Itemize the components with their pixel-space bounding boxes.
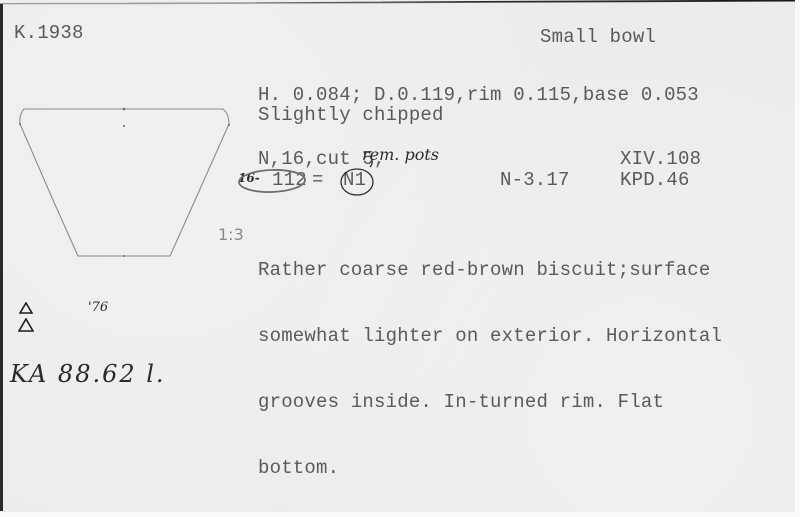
object-title: Small bowl — [540, 26, 656, 48]
drawing-scale: 1:3 — [218, 225, 244, 244]
description-line: grooves inside. In-turned rim. Flat — [258, 391, 722, 413]
n-reference: N-3.17 — [500, 169, 570, 191]
secondary-number: KA 88.62 l. — [10, 360, 166, 388]
card-left-edge — [0, 4, 3, 511]
equals-sign: = — [312, 169, 324, 191]
inventory-number: 112 — [272, 169, 307, 191]
condition: Slightly chipped — [258, 104, 444, 126]
dimensions: H. 0.084; D.0.119,rim 0.115,base 0.053 — [258, 84, 699, 106]
catalog-card: K.1938 Small bowl H. 0.084; D.0.119,rim … — [0, 0, 800, 517]
plate-reference: XIV.108 — [620, 148, 701, 170]
inventory-prefix: 16- — [238, 171, 260, 185]
description-line: bottom. — [258, 457, 722, 479]
description-line: somewhat lighter on exterior. Horizontal — [258, 325, 722, 347]
description: Rather coarse red-brown biscuit;surface … — [258, 215, 722, 517]
catalog-number: K.1938 — [14, 22, 84, 44]
context-handwritten: rem. pots — [362, 145, 439, 164]
year-note: '76 — [88, 300, 108, 315]
description-line: Rather coarse red-brown biscuit;surface — [258, 259, 722, 281]
card-right-edge — [795, 0, 800, 517]
circled-reference: N1 — [343, 169, 366, 191]
kpd-reference: KPD.46 — [620, 169, 690, 191]
